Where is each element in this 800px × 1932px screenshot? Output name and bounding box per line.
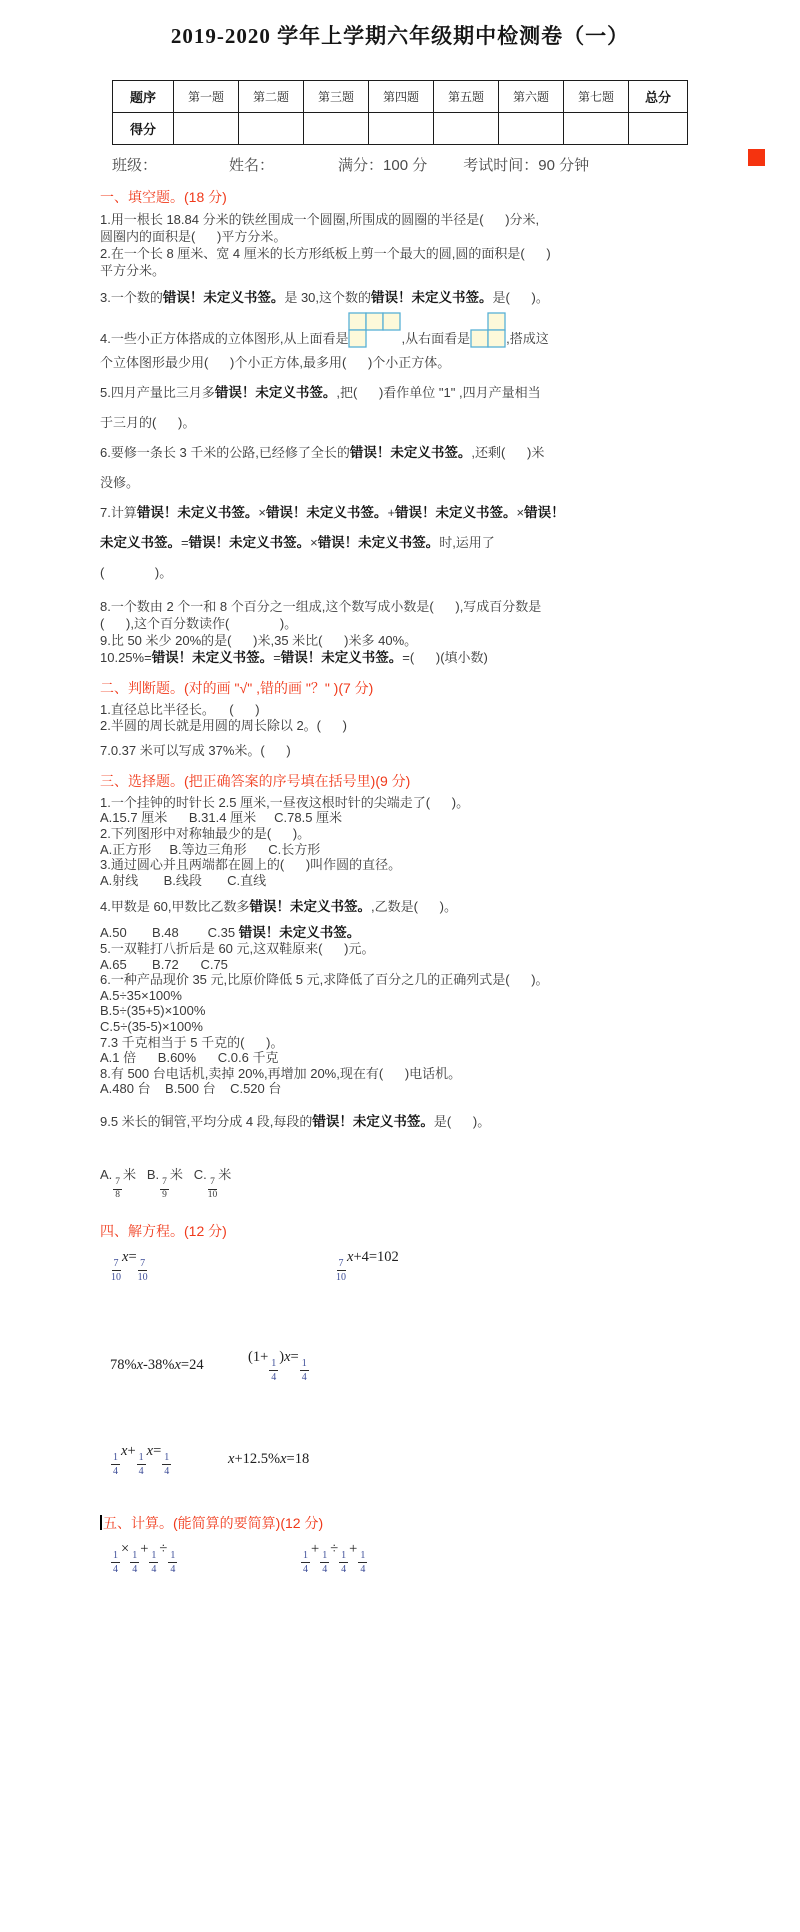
- question-line: 3.通过圆心并且两端都在圆上的( )叫作圆的直径。: [100, 857, 704, 873]
- equation: 710x+4=102: [335, 1249, 399, 1283]
- score-table: 题序第一题第二题第三题第四题第五题第六题第七题总分得分: [112, 80, 688, 145]
- fraction: 79: [160, 1178, 169, 1201]
- class-label: 班级：: [112, 154, 157, 175]
- score-table-header-cell: 题序: [113, 81, 174, 113]
- spacer: [100, 1097, 704, 1113]
- question-line: 7.0.37 米可以写成 37%米。( ): [100, 743, 704, 759]
- question-line: 8.一个数由 2 个一和 8 个百分之一组成,这个数写成小数是( ),写成百分数…: [100, 598, 704, 615]
- score-table-header-cell: 第七题: [564, 81, 629, 113]
- name-label: 姓名：: [229, 154, 274, 175]
- question-line: 5.四月产量比三月多错误！未定义书签。,把( )看作单位 "1" ,四月产量相当: [100, 378, 704, 408]
- fraction: 710: [138, 1259, 148, 1283]
- fraction: 14: [358, 1551, 367, 1575]
- question-line: 未定义书签。=错误！未定义书签。×错误！未定义书签。时,运用了: [100, 528, 704, 558]
- question-line: B.5÷(35+5)×100%: [100, 1003, 704, 1019]
- question-line: 6.一种产品现价 35 元,比原价降低 5 元,求降低了百分之几的正确列式是( …: [100, 972, 704, 988]
- fraction: 14: [300, 1359, 309, 1383]
- spacer: [100, 915, 704, 925]
- question-line: A.50 B.48 C.35 错误！未定义书签。: [100, 925, 704, 941]
- equation: (1+14)x=14: [248, 1349, 310, 1383]
- fraction: 14: [269, 1359, 278, 1383]
- question-line: A.480 台 B.500 台 C.520 台: [100, 1081, 704, 1097]
- exam-body: 一、填空题。(18 分)1.用一根长 18.84 分米的铁丝围成一个圆圈,所围成…: [100, 187, 704, 1575]
- spacer: [100, 279, 704, 289]
- question-line: 6.要修一条长 3 千米的公路,已经修了全长的错误！未定义书签。,还剩( )米: [100, 438, 704, 468]
- question-line: A.5÷35×100%: [100, 988, 704, 1004]
- question-line: 2.半圆的周长就是用圆的周长除以 2。( ): [100, 718, 704, 734]
- question-line: A.正方形 B.等边三角形 C.长方形: [100, 842, 704, 858]
- text-cursor: [100, 1515, 102, 1530]
- question-line: 3.一个数的错误！未定义书签。是 30,这个数的错误！未定义书签。是( )。: [100, 289, 704, 306]
- score-table-header-cell: 第三题: [304, 81, 369, 113]
- score-table-header-cell: 第六题: [499, 81, 564, 113]
- fraction: 710: [111, 1259, 121, 1283]
- question-line: 7.计算错误！未定义书签。×错误！未定义书签。+错误！未定义书签。×错误！: [100, 498, 704, 528]
- question-line: 2.在一个长 8 厘米、宽 4 厘米的长方形纸板上剪一个最大的圆,圆的面积是( …: [100, 245, 704, 262]
- question-line: 4.甲数是 60,甲数比乙数多错误！未定义书签。,乙数是( )。: [100, 898, 704, 915]
- fraction: 14: [320, 1551, 329, 1575]
- section-heading: 一、填空题。(18 分): [100, 187, 704, 207]
- fraction: 14: [111, 1551, 120, 1575]
- question-line: 1.一个挂钟的时针长 2.5 厘米,一昼夜这根时针的尖端走了( )。: [100, 795, 704, 811]
- equation: 14x+14x=14: [110, 1443, 228, 1477]
- fraction: 710: [208, 1178, 218, 1201]
- score-table-header-cell: 总分: [629, 81, 688, 113]
- question-line: 2.下列图形中对称轴最少的是( )。: [100, 826, 704, 842]
- spacer: [100, 733, 704, 743]
- question-line: 圆圈内的面积是( )平方分米。: [100, 228, 704, 245]
- question-line: 5.一双鞋打八折后是 60 元,这双鞋原来( )元。: [100, 941, 704, 957]
- question-line: 10.25%=错误！未定义书签。=错误！未定义书签。=( )(填小数): [100, 649, 704, 666]
- spacer: [100, 1130, 704, 1166]
- top-view-diagram: [348, 312, 401, 348]
- equation: x+12.5%x=18: [228, 1451, 309, 1468]
- equation: 14×14+14÷14: [110, 1541, 300, 1575]
- question-line: 1.直径总比半径长。 ( ): [100, 702, 704, 718]
- equation-row: 78%x-38%x=24(1+14)x=14: [110, 1349, 704, 1383]
- score-cell-empty: [369, 113, 434, 145]
- score-table-header-cell: 第二题: [239, 81, 304, 113]
- fraction: 14: [168, 1551, 177, 1575]
- question-line: 1.用一根长 18.84 分米的铁丝围成一个圆圈,所围成的圆圈的半径是( )分米…: [100, 211, 704, 228]
- question-line-with-diagrams: 4.一些小正方体搭成的立体图形,从上面看是,从右面看是,搭成这: [100, 312, 704, 348]
- score-table-header-cell: 第一题: [174, 81, 239, 113]
- score-table-header-cell: 第五题: [434, 81, 499, 113]
- score-cell-empty: [174, 113, 239, 145]
- score-cell-empty: [564, 113, 629, 145]
- spacer: [100, 888, 704, 898]
- score-cell-empty: [434, 113, 499, 145]
- exam-paper-page: 2019-2020 学年上学期六年级期中检测卷（一） 题序第一题第二题第三题第四…: [0, 0, 800, 1932]
- equation-row: 710x=710710x+4=102: [110, 1249, 704, 1283]
- page-title: 2019-2020 学年上学期六年级期中检测卷（一）: [0, 20, 800, 50]
- fraction: 14: [130, 1551, 139, 1575]
- exam-time-label: 考试时间：90 分钟: [463, 154, 589, 175]
- exam-info-line: 班级：姓名：满分：100 分考试时间：90 分钟: [112, 154, 800, 175]
- section-heading: 四、解方程。(12 分): [100, 1221, 704, 1241]
- question-line: 平方分米。: [100, 262, 704, 279]
- score-table-body: 题序第一题第二题第三题第四题第五题第六题第七题总分得分: [113, 81, 688, 145]
- fraction: 14: [162, 1453, 171, 1477]
- score-cell-empty: [629, 113, 688, 145]
- score-cell-empty: [304, 113, 369, 145]
- fraction: 14: [137, 1453, 146, 1477]
- question-line: 8.有 500 台电话机,卖掉 20%,再增加 20%,现在有( )电话机。: [100, 1066, 704, 1082]
- equation: 710x=710: [110, 1249, 335, 1283]
- fraction: 14: [149, 1551, 158, 1575]
- question-line: ( )。: [100, 558, 704, 588]
- score-cell-empty: [239, 113, 304, 145]
- question-line: A.78米 B.79米 C.710米: [100, 1166, 704, 1201]
- question-line: C.5÷(35-5)×100%: [100, 1019, 704, 1035]
- fraction: 14: [339, 1551, 348, 1575]
- question-line: 于三月的( )。: [100, 408, 704, 438]
- equation: 78%x-38%x=24: [110, 1357, 248, 1374]
- section-heading: 五、计算。(能简算的要简算)(12 分): [100, 1513, 704, 1533]
- question-line: 9.比 50 米少 20%的是( )米,35 米比( )米多 40%。: [100, 632, 704, 649]
- fraction: 710: [336, 1259, 346, 1283]
- question-line: 9.5 米长的铜管,平均分成 4 段,每段的错误！未定义书签。是( )。: [100, 1113, 704, 1130]
- question-line: 个立体图形最少用( )个小正方体,最多用( )个小正方体。: [100, 348, 704, 378]
- score-table-header-cell: 第四题: [369, 81, 434, 113]
- spacer: [100, 588, 704, 598]
- score-cell-empty: [499, 113, 564, 145]
- red-flag-marker: [748, 149, 765, 166]
- question-line: A.射线 B.线段 C.直线: [100, 873, 704, 889]
- full-score-label: 满分：100 分: [338, 154, 427, 175]
- fraction: 14: [301, 1551, 310, 1575]
- fraction: 14: [111, 1453, 120, 1477]
- section-heading: 二、判断题。(对的画 "√" ,错的画 "？" )(7 分): [100, 678, 704, 698]
- section-heading: 三、选择题。(把正确答案的序号填在括号里)(9 分): [100, 771, 704, 791]
- question-line: 没修。: [100, 468, 704, 498]
- question-line: ( ),这个百分数读作( )。: [100, 615, 704, 632]
- score-row-label: 得分: [113, 113, 174, 145]
- equation-row: 14×14+14÷1414+14÷14+14: [110, 1541, 704, 1575]
- question-line: 7.3 千克相当于 5 千克的( )。: [100, 1035, 704, 1051]
- question-line: A.1 倍 B.60% C.0.6 千克: [100, 1050, 704, 1066]
- equation: 14+14÷14+14: [300, 1541, 368, 1575]
- right-view-diagram: [470, 312, 506, 348]
- question-line: A.65 B.72 C.75: [100, 957, 704, 973]
- fraction: 78: [113, 1178, 122, 1201]
- equation-row: 14x+14x=14x+12.5%x=18: [110, 1443, 704, 1477]
- question-line: A.15.7 厘米 B.31.4 厘米 C.78.5 厘米: [100, 810, 704, 826]
